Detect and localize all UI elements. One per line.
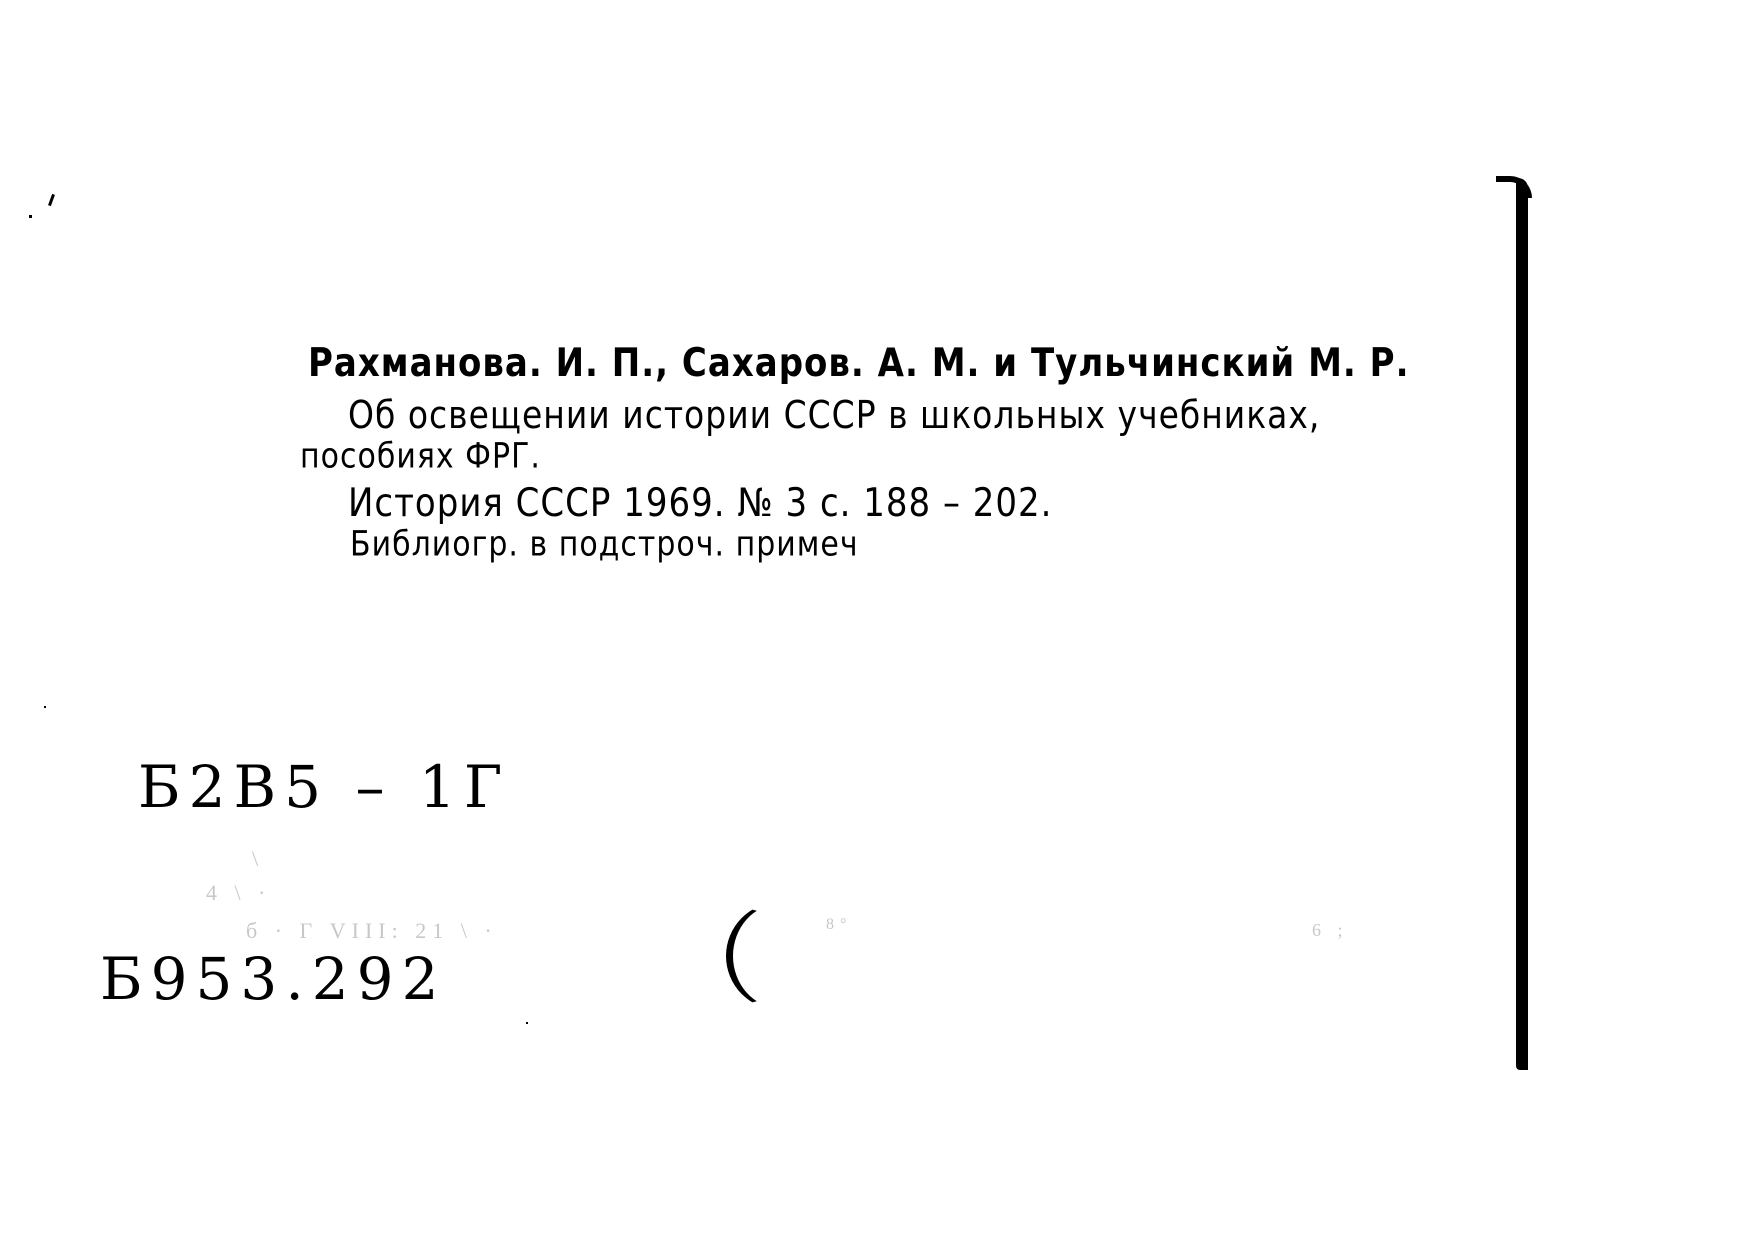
faint-mark: б · Г VIII: 21 \ · (246, 918, 498, 944)
source-line: История СССР 1969. № 3 с. 188 – 202. (348, 484, 1052, 523)
faint-mark: 6 ; (1312, 920, 1349, 941)
faint-mark: 4 \ · (206, 880, 271, 906)
authors-line: Рахманова. И. П., Сахаров. А. М. и Тульч… (308, 344, 1410, 383)
bibliography-note: Библиогр. в подстроч. примеч (350, 528, 859, 563)
call-number-secondary: Б953.292 (100, 950, 446, 1008)
scan-speck (48, 194, 55, 206)
scan-speck (29, 215, 32, 218)
faint-mark: 8° (826, 916, 852, 934)
title-line-1: Об освещении истории СССР в школьных уче… (348, 396, 1320, 434)
scan-speck (44, 706, 46, 708)
title-line-2: пособиях ФРГ. (300, 440, 541, 475)
call-number-primary: Б2В5 – 1Г (138, 758, 510, 816)
card-right-edge (1516, 178, 1528, 1070)
scan-speck (526, 1022, 528, 1024)
faint-mark: \ (252, 846, 264, 872)
bracket-mark (726, 902, 813, 1010)
catalog-card: Рахманова. И. П., Сахаров. А. М. и Тульч… (0, 0, 1752, 1248)
